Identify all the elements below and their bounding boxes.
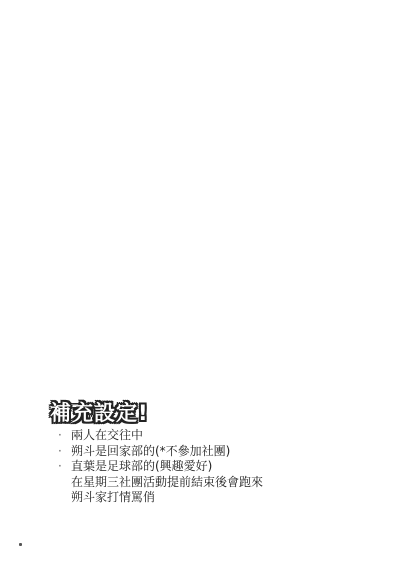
list-item-text: 兩人在交往中 bbox=[71, 428, 143, 444]
list-item-continuation: 朔斗家打情罵俏 bbox=[58, 490, 263, 506]
page-marker bbox=[19, 543, 22, 546]
bullet-icon: · bbox=[58, 459, 71, 475]
list-item: · 兩人在交往中 bbox=[58, 428, 263, 444]
list-item: · 朔斗是回家部的(*不參加社團) bbox=[58, 444, 263, 460]
list-item-text: 直葉是足球部的(興趣愛好) bbox=[71, 459, 212, 475]
section-heading: 補充設定! bbox=[50, 397, 149, 427]
list-item-continuation: 在星期三社團活動提前結束後會跑來 bbox=[58, 475, 263, 491]
list-item: · 直葉是足球部的(興趣愛好) bbox=[58, 459, 263, 475]
settings-list: · 兩人在交往中 · 朔斗是回家部的(*不參加社團) · 直葉是足球部的(興趣愛… bbox=[58, 428, 263, 506]
bullet-icon: · bbox=[58, 428, 71, 444]
bullet-icon: · bbox=[58, 444, 71, 460]
list-item-text: 朔斗是回家部的(*不參加社團) bbox=[71, 444, 230, 460]
